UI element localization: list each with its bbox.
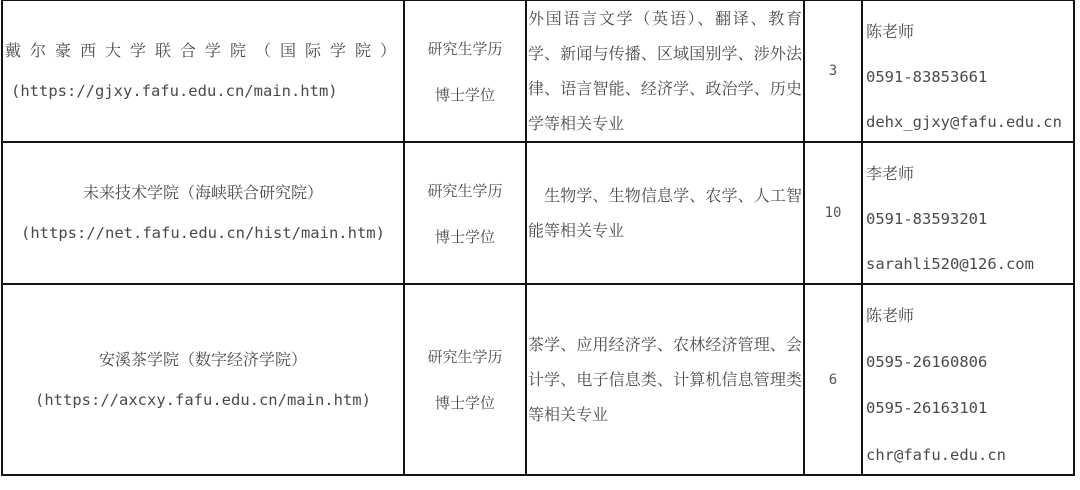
contact-name: 陈老师	[866, 307, 1071, 324]
majors-cell: 生物学、生物信息学、农学、人工智能等相关专业	[527, 143, 805, 283]
college-url: (https://axcxy.fafu.edu.cn/main.htm)	[35, 390, 371, 410]
majors-text: 生物学、生物信息学、农学、人工智能等相关专业	[528, 178, 802, 248]
majors-cell: 外国语言文学（英语）、翻译、教育学、新闻与传播、区域国别学、涉外法律、语言智能、…	[527, 1, 805, 141]
contact-cell: 李老师 0591-83593201 sarahli520@126.com	[863, 143, 1073, 283]
college-cell: 未来技术学院（海峡联合研究院） (https://net.fafu.edu.cn…	[3, 143, 405, 283]
count-value: 6	[829, 372, 837, 388]
count-cell: 6	[805, 285, 863, 474]
college-name: 安溪茶学院（数字经济学院）	[99, 350, 307, 370]
education-degree-line: 博士学位	[435, 392, 495, 413]
table-row: 安溪茶学院（数字经济学院） (https://axcxy.fafu.edu.cn…	[3, 285, 1073, 474]
table-row: 戴尔豪西大学联合学院（国际学院） (https://gjxy.fafu.edu.…	[3, 1, 1073, 143]
contact-name: 陈老师	[866, 23, 1071, 40]
recruitment-table: 戴尔豪西大学联合学院（国际学院） (https://gjxy.fafu.edu.…	[1, 0, 1075, 476]
college-url: (https://gjxy.fafu.edu.cn/main.htm)	[3, 81, 403, 101]
contact-phone: 0591-83593201	[866, 211, 1071, 228]
majors-cell: 茶学、应用经济学、农林经济管理、会计学、电子信息类、计算机信息管理类等相关专业	[527, 285, 805, 474]
contact-cell: 陈老师 0595-26160806 0595-26163101 chr@fafu…	[863, 285, 1073, 474]
contact-phone: 0595-26160806	[866, 354, 1071, 371]
contact-email: dehx_gjxy@fafu.edu.cn	[866, 114, 1071, 131]
contact-phone: 0591-83853661	[866, 69, 1071, 86]
education-cell: 研究生学历 博士学位	[405, 1, 527, 141]
education-degree-line: 博士学位	[435, 226, 495, 247]
education-degree-line: 研究生学历	[427, 38, 502, 59]
contact-phone: 0595-26163101	[866, 400, 1071, 417]
education-degree-line: 研究生学历	[427, 346, 502, 367]
contact-email: chr@fafu.edu.cn	[866, 447, 1071, 464]
college-cell: 戴尔豪西大学联合学院（国际学院） (https://gjxy.fafu.edu.…	[3, 1, 405, 141]
education-cell: 研究生学历 博士学位	[405, 285, 527, 474]
contact-name: 李老师	[866, 165, 1071, 182]
table-row: 未来技术学院（海峡联合研究院） (https://net.fafu.edu.cn…	[3, 143, 1073, 285]
college-url: (https://net.fafu.edu.cn/hist/main.htm)	[21, 223, 385, 243]
college-cell: 安溪茶学院（数字经济学院） (https://axcxy.fafu.edu.cn…	[3, 285, 405, 474]
count-value: 10	[825, 205, 842, 221]
college-name: 未来技术学院（海峡联合研究院）	[83, 183, 323, 203]
count-cell: 3	[805, 1, 863, 141]
contact-cell: 陈老师 0591-83853661 dehx_gjxy@fafu.edu.cn	[863, 1, 1073, 141]
education-degree-line: 博士学位	[435, 84, 495, 105]
education-cell: 研究生学历 博士学位	[405, 143, 527, 283]
count-cell: 10	[805, 143, 863, 283]
count-value: 3	[829, 63, 837, 79]
majors-text: 外国语言文学（英语）、翻译、教育学、新闻与传播、区域国别学、涉外法律、语言智能、…	[528, 1, 802, 141]
education-degree-line: 研究生学历	[427, 180, 502, 201]
majors-text: 茶学、应用经济学、农林经济管理、会计学、电子信息类、计算机信息管理类等相关专业	[528, 327, 802, 432]
college-name: 戴尔豪西大学联合学院（国际学院）	[3, 41, 403, 61]
contact-email: sarahli520@126.com	[866, 256, 1071, 273]
